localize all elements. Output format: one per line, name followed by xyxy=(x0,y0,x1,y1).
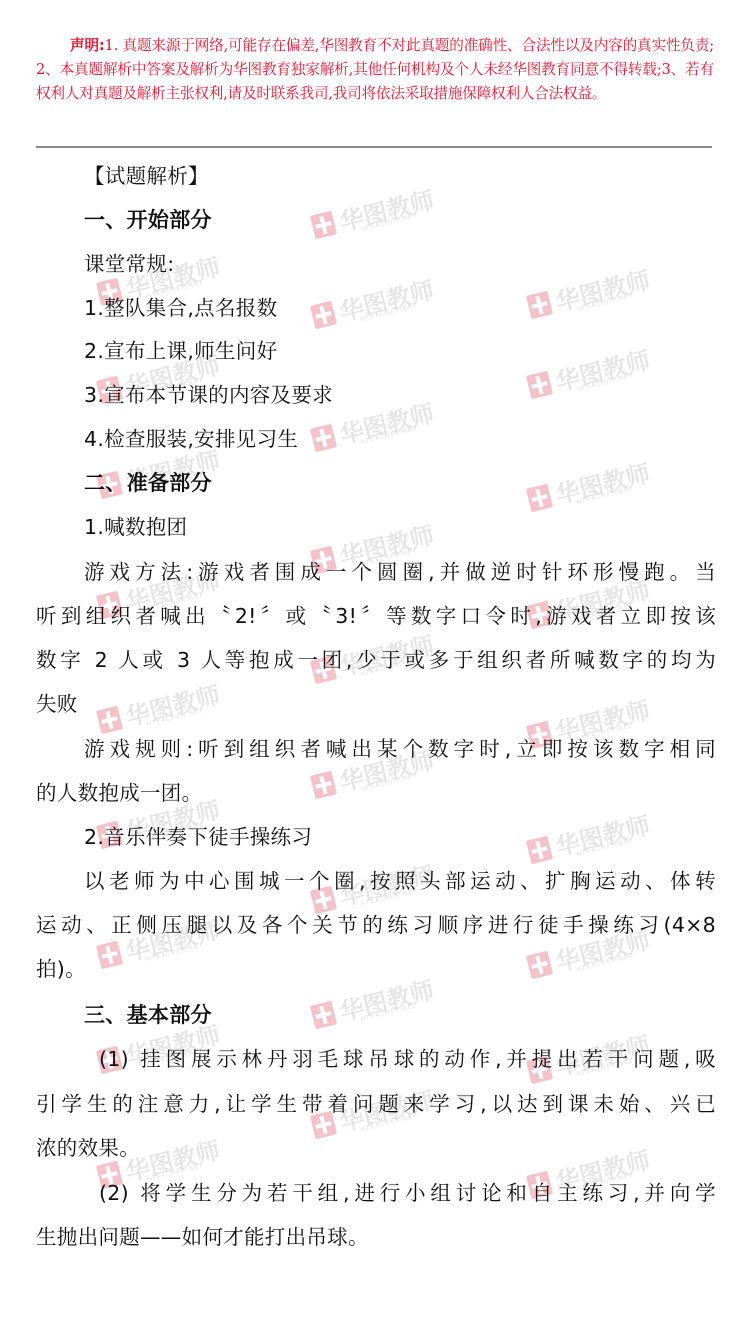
exercise-line: 运动、正侧压腿以及各个关节的练习顺序进行徒手操练习(4×8 xyxy=(36,911,716,939)
disclaimer: 声明:1. 真题来源于网络,可能存在偏差,华图教育不对此真题的准确性、合法性以及… xyxy=(36,34,714,106)
part1-label: 课堂常规: xyxy=(84,250,716,278)
game-method-line: 游戏方法:游戏者围成一个圆圈,并做逆时针环形慢跑。当 xyxy=(84,558,716,586)
exercise-line: 以老师为中心围城一个圈,按照头部运动、扩胸运动、体转 xyxy=(84,867,716,895)
header-divider xyxy=(36,146,712,148)
disclaimer-lead: 声明: xyxy=(70,37,105,54)
part1-item: 4.检查服装,安排见习生 xyxy=(84,425,716,453)
game-method-line: 失败 xyxy=(36,690,716,718)
game-method-line: 数字 2 人或 3 人等抱成一团,少于或多于组织者所喊数字的均为 xyxy=(36,646,716,674)
part1-item: 2.宣布上课,师生问好 xyxy=(84,337,716,365)
game-rule-line: 的人数抱成一团。 xyxy=(36,779,716,807)
step1-line: (1) 挂图展示林丹羽毛球吊球的动作,并提出若干问题,吸 xyxy=(99,1045,716,1073)
exercise-line: 拍)。 xyxy=(36,955,716,983)
game-method-line: 听到组织者喊出〝2!〞或〝3!〞等数字口令时,游戏者立即按该 xyxy=(36,602,716,630)
step1-line: 浓的效果。 xyxy=(36,1134,716,1162)
part1-heading: 一、开始部分 xyxy=(84,206,716,234)
section-title: 【试题解析】 xyxy=(84,162,716,190)
part1-item: 3.宣布本节课的内容及要求 xyxy=(84,381,716,409)
game-rule-line: 游戏规则:听到组织者喊出某个数字时,立即按该数字相同 xyxy=(84,735,716,763)
disclaimer-text: 1. 真题来源于网络,可能存在偏差,华图教育不对此真题的准确性、合法性以及内容的… xyxy=(36,37,714,102)
exercise-title: 2.音乐伴奏下徒手操练习 xyxy=(84,823,716,851)
part2-heading: 二、准备部分 xyxy=(84,469,716,497)
step2-line: (2) 将学生分为若干组,进行小组讨论和自主练习,并向学 xyxy=(99,1179,716,1207)
step2-line: 生抛出问题——如何才能打出吊球。 xyxy=(36,1223,716,1251)
game-title: 1.喊数抱团 xyxy=(84,513,716,541)
part1-item: 1.整队集合,点名报数 xyxy=(84,294,716,322)
step1-line: 引学生的注意力,让学生带着问题来学习,以达到课未始、兴已 xyxy=(36,1090,716,1118)
part3-heading: 三、基本部分 xyxy=(84,1001,716,1029)
